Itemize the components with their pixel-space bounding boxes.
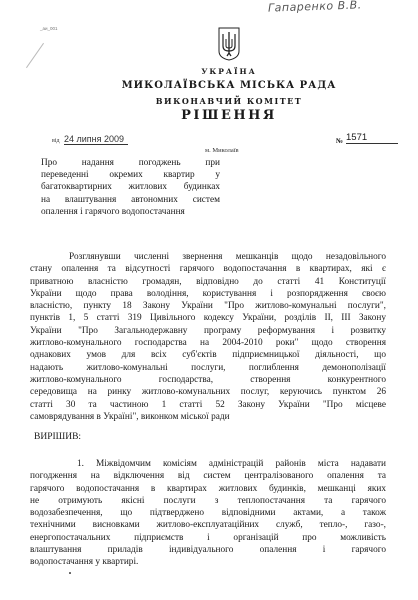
header-council: МИКОЛАЇВСЬКА МІСЬКА РАДА: [0, 80, 418, 91]
item-1-line: водопостачання у квартирі.: [30, 556, 386, 568]
preamble-line: власністю, пункту 18 Закону України "Про…: [30, 300, 386, 312]
item-1-line: влаштування приладів індивідуального опа…: [30, 544, 386, 556]
preamble-line: приватною власністю громадян, відповідно…: [30, 276, 386, 288]
city-label: м. Миколаїв: [205, 147, 239, 154]
preamble-paragraph: Розглянувши численні звернення мешканців…: [30, 251, 386, 423]
subject-line: переведенні окремих квартир у: [41, 169, 220, 181]
pencil-mark: [26, 43, 44, 68]
decided-heading: ВИРІШИВ:: [34, 432, 81, 442]
document-type-title: РІШЕННЯ: [0, 108, 418, 123]
item-1-line: не отримують якісні послуги з теплопоста…: [30, 495, 386, 507]
date-value: 24 липня 2009: [64, 134, 128, 145]
item-1-paragraph: 1. Міжвідомчим комісіям адміністрацій ра…: [30, 458, 386, 569]
number-value: 1571: [346, 132, 398, 144]
preamble-line: житлово-комунального господарства на 200…: [30, 337, 386, 349]
date-label: від: [52, 138, 60, 144]
preamble-line: України щодо права володіння, користуван…: [30, 288, 386, 300]
preamble-line: середовища на ринку житлово-комунальних …: [30, 386, 386, 398]
item-1-line: 1. Міжвідомчим комісіям адміністрацій ра…: [30, 458, 386, 470]
number-label: №: [336, 137, 343, 145]
item-1-line: технічними висновками житлово-експлуатац…: [30, 519, 386, 531]
preamble-line: пунктів 1, 5 статті 319 Цивільного кодек…: [30, 312, 386, 324]
preamble-line: однакових умов для всіх суб'єктів підпри…: [30, 349, 386, 361]
preamble-line: самоврядування в Україні", виконком місь…: [30, 411, 386, 423]
preamble-line: надають житлово-комунальні послуги, погл…: [30, 362, 386, 374]
preamble-line: житлово-комунального господарства, створ…: [30, 374, 386, 386]
preamble-line: Розглянувши численні звернення мешканців…: [30, 251, 386, 263]
form-code: _аи_001: [40, 26, 58, 31]
header-country: УКРАЇНА: [0, 67, 418, 76]
header-committee: ВИКОНАВЧИЙ КОМІТЕТ: [0, 96, 418, 106]
subject-line: опалення і гарячого водопостачання: [41, 206, 220, 218]
subject-line: багатоквартирних житлових будинках: [41, 181, 220, 193]
subject-line: Про надання погоджень при: [41, 157, 220, 169]
item-1-line: погодження на відключення від систем цен…: [30, 470, 386, 482]
subject-block: Про надання погоджень при переведенні ок…: [41, 157, 220, 218]
trident-coat-of-arms-icon: [218, 27, 240, 61]
item-1-line: гарячого водопостачання в квартирах житл…: [30, 483, 386, 495]
item-1-line: водозабезпечення, що підтверджено відпов…: [30, 507, 386, 519]
preamble-line: статті 30 та частиною 1 статті 52 Закону…: [30, 399, 386, 411]
stray-dot: [69, 572, 71, 574]
handwritten-signature-note: Гапаренко В.В.: [268, 0, 362, 15]
item-1-line: енергопостачальних підприємств і організ…: [30, 532, 386, 544]
preamble-line: стану опалення та відсутності гарячого в…: [30, 263, 386, 275]
subject-line: на влаштування автономних систем: [41, 194, 220, 206]
preamble-line: України "Про Загальнодержавну програму р…: [30, 325, 386, 337]
